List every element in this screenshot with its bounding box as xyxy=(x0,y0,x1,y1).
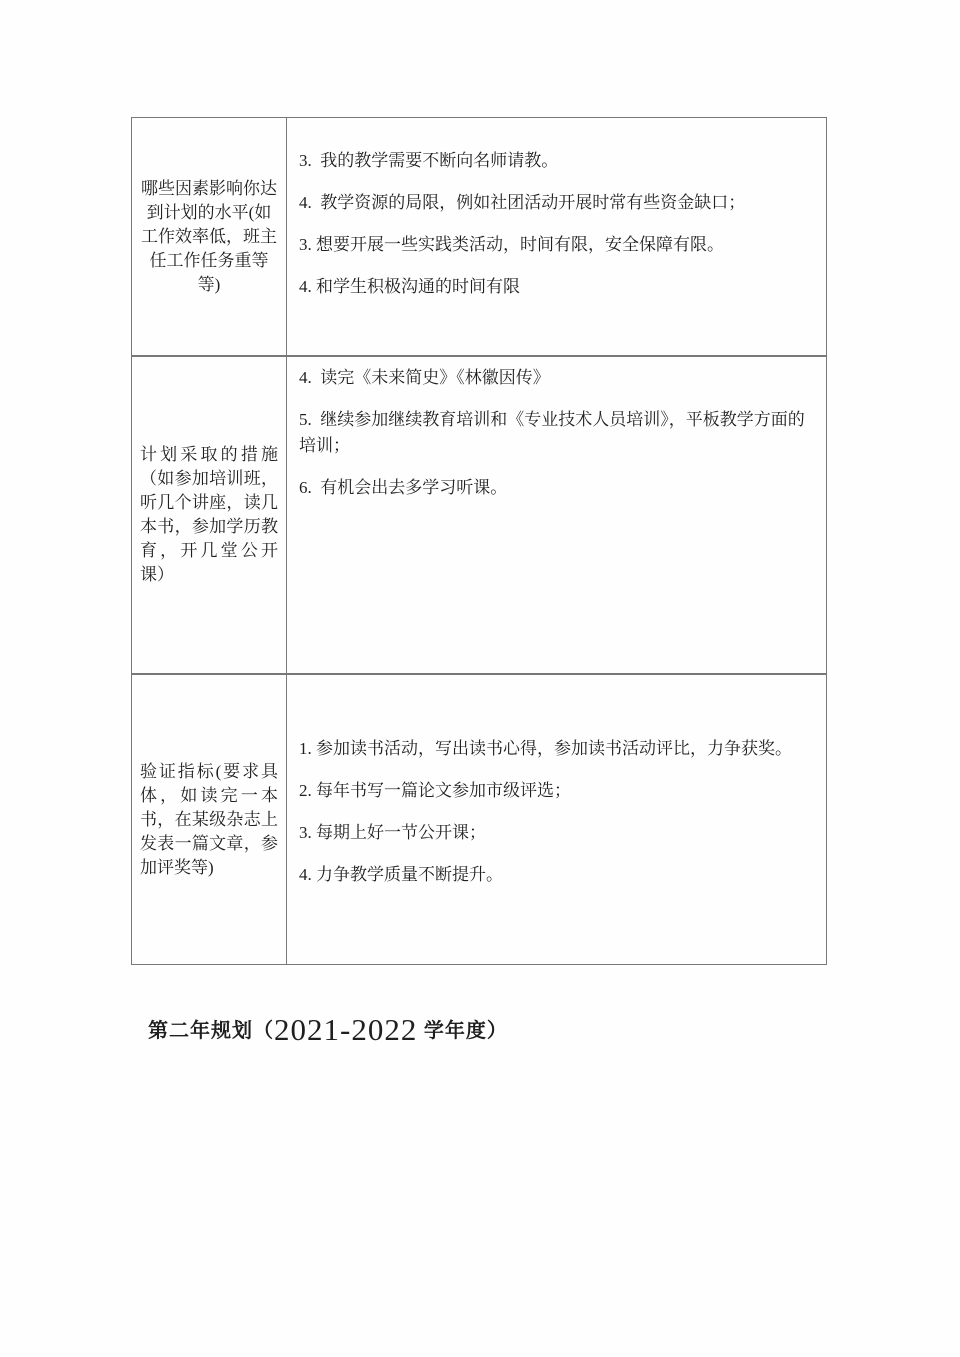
row-label-text: 验证指标(要求具体，如读完一本书，在某级杂志上发表一篇文章，参加评奖等) xyxy=(140,760,278,880)
content-item: 3. 我的教学需要不断向名师请教。 xyxy=(299,148,806,174)
row-content-verification-indicators: 1. 参加读书活动，写出读书心得，参加读书活动评比，力争获奖。 2. 每年书写一… xyxy=(287,673,826,964)
content-item: 5. 继续参加继续教育培训和《专业技术人员培训》，平板教学方面的培训； xyxy=(299,407,806,459)
row-label-verification-indicators: 验证指标(要求具体，如读完一本书，在某级杂志上发表一篇文章，参加评奖等) xyxy=(132,673,287,964)
row-label-planned-measures: 计划采取的措施（如参加培训班，听几个讲座，读几本书，参加学历教育，开几堂公开课） xyxy=(132,355,287,673)
document-page: 哪些因素影响你达到计划的水平(如工作效率低，班主任工作任务重等等) 3. 我的教… xyxy=(0,0,960,1357)
row-label-influencing-factors: 哪些因素影响你达到计划的水平(如工作效率低，班主任工作任务重等等) xyxy=(132,118,287,355)
heading-label: 第二年规划（ xyxy=(148,1020,274,1042)
teacher-plan-table: 哪些因素影响你达到计划的水平(如工作效率低，班主任工作任务重等等) 3. 我的教… xyxy=(131,117,827,965)
content-item: 4. 教学资源的局限，例如社团活动开展时常有些资金缺口； xyxy=(299,190,806,216)
content-item: 1. 参加读书活动，写出读书心得，参加读书活动评比，力争获奖。 xyxy=(299,736,806,762)
content-item: 4. 读完《未来简史》《林徽因传》 xyxy=(299,365,806,391)
content-item: 2. 每年书写一篇论文参加市级评选； xyxy=(299,778,806,804)
content-item: 4. 力争教学质量不断提升。 xyxy=(299,862,806,888)
row-content-influencing-factors: 3. 我的教学需要不断向名师请教。 4. 教学资源的局限，例如社团活动开展时常有… xyxy=(287,118,826,355)
content-item: 6. 有机会出去多学习听课。 xyxy=(299,475,806,501)
second-year-plan-heading: 第二年规划（2021-2022 学年度） xyxy=(148,1012,508,1048)
row-label-text: 哪些因素影响你达到计划的水平(如工作效率低，班主任工作任务重等等) xyxy=(140,177,278,297)
content-item: 4. 和学生积极沟通的时间有限 xyxy=(299,274,806,300)
heading-years: 2021-2022 xyxy=(274,1012,417,1047)
heading-suffix: 学年度） xyxy=(417,1020,508,1042)
content-item: 3. 想要开展一些实践类活动，时间有限，安全保障有限。 xyxy=(299,232,806,258)
content-item: 3. 每期上好一节公开课； xyxy=(299,820,806,846)
row-label-text: 计划采取的措施（如参加培训班，听几个讲座，读几本书，参加学历教育，开几堂公开课） xyxy=(140,443,278,587)
row-content-planned-measures: 4. 读完《未来简史》《林徽因传》 5. 继续参加继续教育培训和《专业技术人员培… xyxy=(287,355,826,673)
